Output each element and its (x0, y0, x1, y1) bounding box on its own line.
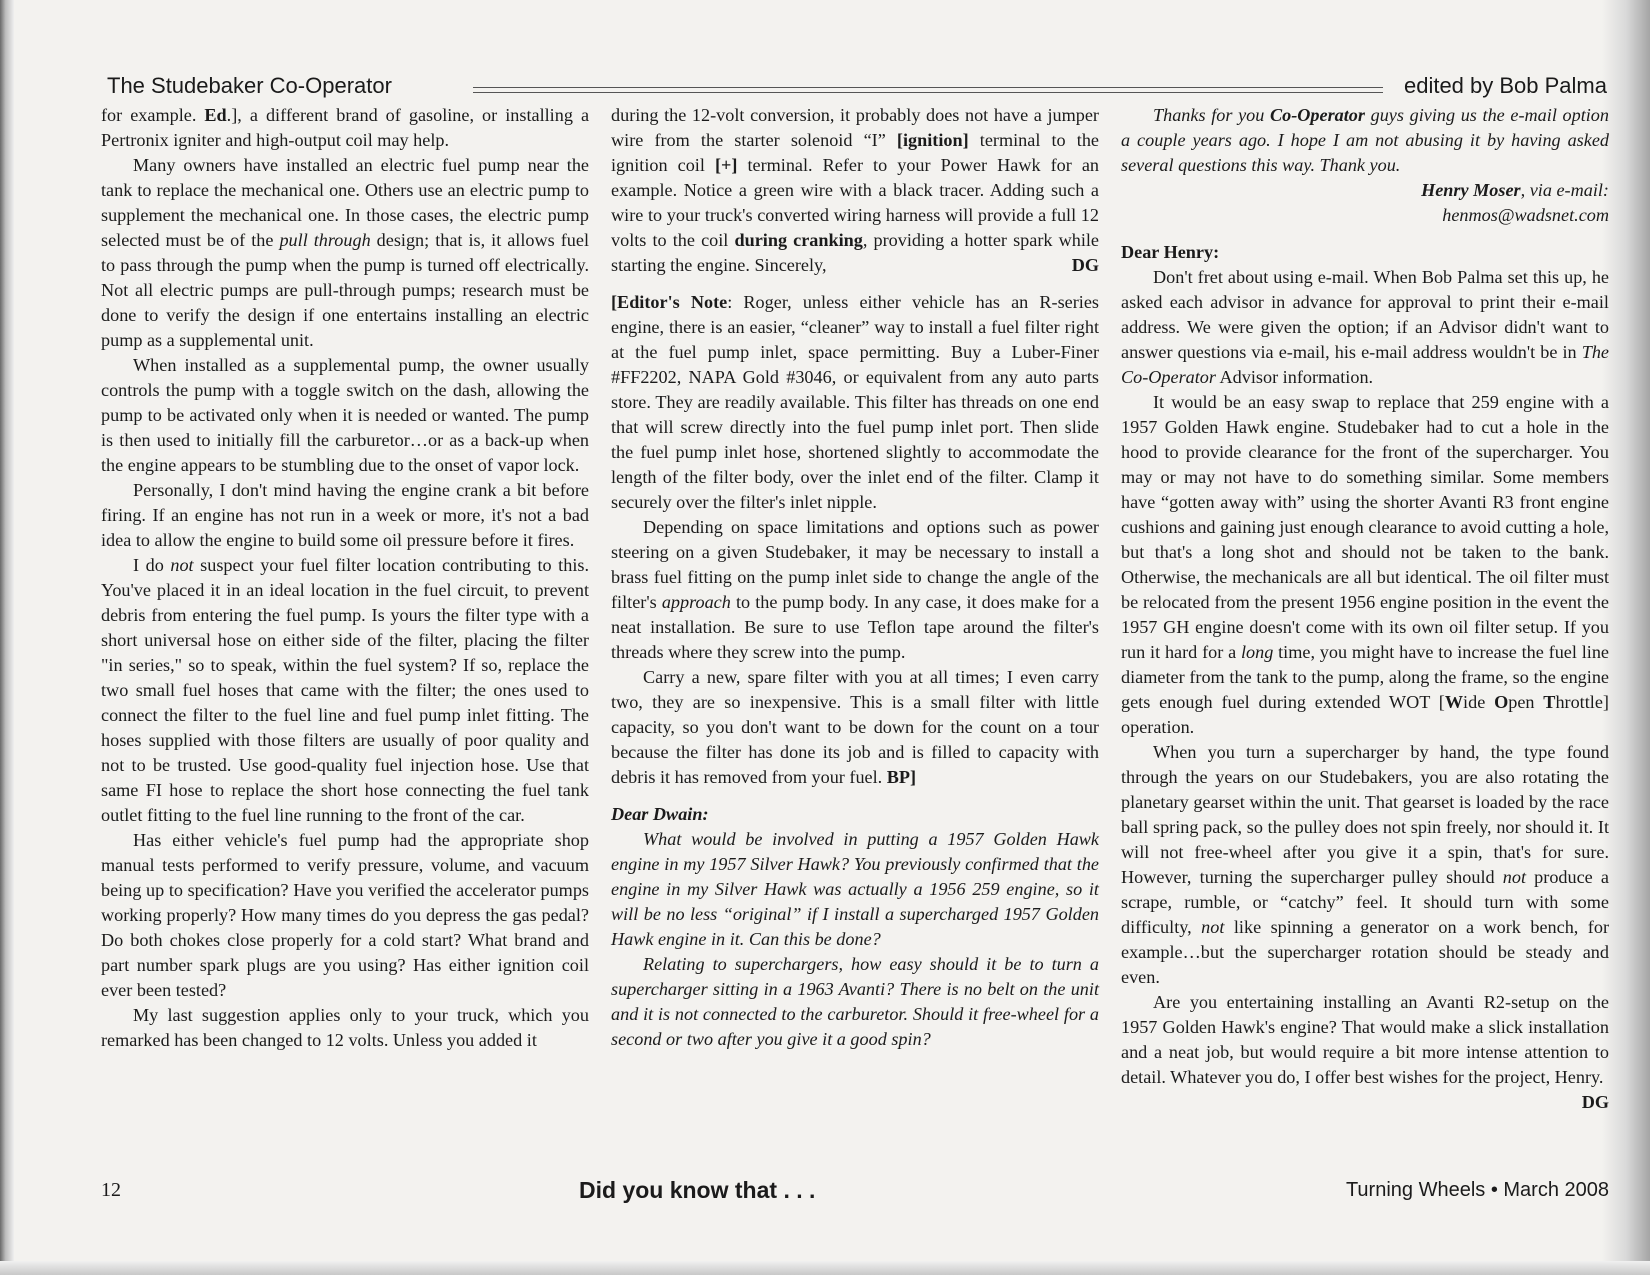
did-you-know-teaser: Did you know that . . . (579, 1177, 815, 1204)
page-footer: 12 Did you know that . . . Turning Wheel… (101, 1177, 1609, 1207)
paragraph: during the 12-volt conversion, it probab… (611, 103, 1099, 278)
scan-edge-bottom (0, 1261, 1650, 1275)
paragraph: Personally, I don't mind having the engi… (101, 478, 589, 553)
scan-edge-left (0, 0, 14, 1275)
column-2: during the 12-volt conversion, it probab… (611, 103, 1099, 1052)
paragraph: for example. Ed.], a different brand of … (101, 103, 589, 153)
paragraph: When you turn a supercharger by hand, th… (1121, 740, 1609, 990)
paragraph: I do not suspect your fuel filter locati… (101, 553, 589, 828)
letter-question: What would be involved in putting a 1957… (611, 827, 1099, 952)
header-double-rule (473, 87, 1383, 93)
letter-sender: Henry Moser, via e-mail: (1121, 178, 1609, 203)
column-1: for example. Ed.], a different brand of … (101, 103, 589, 1053)
signature: DG (1550, 1090, 1609, 1115)
paragraph: It would be an easy swap to replace that… (1121, 390, 1609, 740)
paragraph: Carry a new, spare filter with you at al… (611, 665, 1099, 790)
editor-credit: edited by Bob Palma (1404, 73, 1607, 99)
paragraph: Many owners have installed an electric f… (101, 153, 589, 353)
paragraph: Has either vehicle's fuel pump had the a… (101, 828, 589, 1003)
letter-question: Relating to superchargers, how easy shou… (611, 952, 1099, 1052)
sender-email: henmos@wadsnet.com (1121, 203, 1609, 228)
paragraph: When installed as a supplemental pump, t… (101, 353, 589, 478)
page-header: The Studebaker Co-Operator edited by Bob… (107, 73, 1607, 103)
editors-note: [Editor's Note: Roger, unless either veh… (611, 290, 1099, 515)
scan-edge-right (1602, 0, 1650, 1275)
column-3: Thanks for you Co-Operator guys giving u… (1121, 103, 1609, 1115)
signature: DG (1072, 253, 1099, 278)
paragraph: My last suggestion applies only to your … (101, 1003, 589, 1053)
section-title: The Studebaker Co-Operator (107, 73, 392, 99)
letter-body: Thanks for you Co-Operator guys giving u… (1121, 103, 1609, 178)
paragraph: Don't fret about using e-mail. When Bob … (1121, 265, 1609, 390)
paragraph: Are you entertaining installing an Avant… (1121, 990, 1609, 1090)
letter-salutation: Dear Dwain: (611, 802, 1099, 827)
publication-issue: Turning Wheels • March 2008 (1346, 1179, 1609, 1202)
reply-salutation: Dear Henry: (1121, 240, 1609, 265)
paragraph: Depending on space limitations and optio… (611, 515, 1099, 665)
signature: BP] (887, 767, 916, 787)
page-number: 12 (101, 1179, 121, 1202)
